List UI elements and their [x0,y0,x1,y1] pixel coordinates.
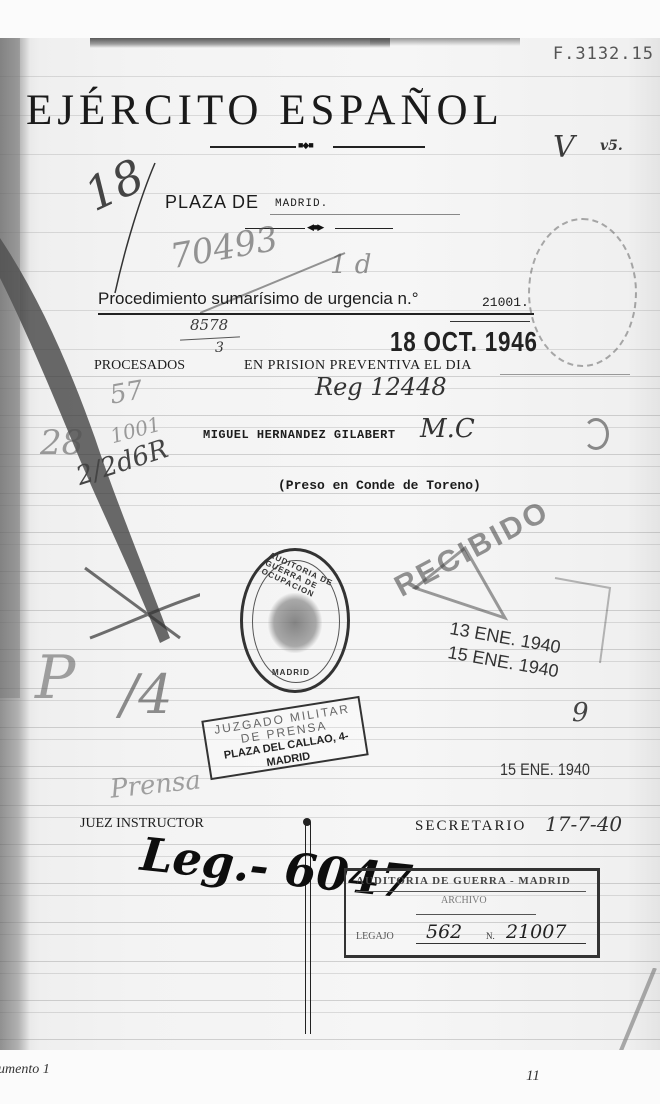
judge-label: JUEZ INSTRUCTOR [80,816,204,832]
archive-stamp: AUDITORIA DE GUERRA - MADRID ARCHIVO LEG… [344,868,600,958]
archive-sub: ARCHIVO [441,895,487,906]
plaza-label: PLAZA DE [165,192,259,213]
ornament-line [333,146,425,148]
margin-mark: v5. [600,138,623,154]
registry-note: Reg 12448 [315,373,447,401]
margin-letters: /4 [120,663,173,726]
archive-header: AUDITORIA DE GUERRA - MADRID [356,875,571,887]
fold-shadow [90,38,390,48]
stamp-rule [356,891,586,892]
detention-label: EN PRISION PREVENTIVA EL DIA [244,358,472,374]
plaza-value: MADRID. [275,198,328,210]
date-stamp: 18 OCT. 1946 [390,326,538,358]
accused-name: MIGUEL HERNANDEZ GILABERT [203,428,396,442]
eagle-emblem-icon [268,593,322,653]
fraction-top: 8578 [190,316,228,334]
fraction-bottom: 3 [215,340,224,356]
page-number: 11 [526,1068,540,1085]
ornament-line [335,228,393,229]
procedure-label: Procedimiento sumarísimo de urgencia n.° [98,289,419,309]
number-value: 21007 [506,921,566,943]
date-stamp: 15 ENE. 1940 [500,760,590,780]
underline [98,313,534,315]
detention-location: (Preso en Conde de Toreno) [278,478,481,493]
handwritten-number: 28 [40,423,83,463]
margin-letter: P [35,643,75,713]
underline [450,321,530,322]
stamp-rule [416,943,586,944]
ornament-line [210,146,296,148]
accused-label: PROCESADOS [94,358,185,374]
underline [500,374,630,375]
fraction2-top: 57 [108,375,146,410]
margin-mark: V [553,130,575,165]
procedure-number: 21001. [482,295,529,310]
secretary-label: SECRETARIO [415,818,526,835]
document-title: EJÉRCITO ESPAÑOL [26,86,504,135]
handwritten-stroke [110,158,160,298]
stamp-rule [416,914,536,915]
faint-mark [583,418,609,450]
number-label: N. [486,931,495,941]
torn-corner [615,968,660,1050]
fold-shadow [370,38,520,46]
initials-note: M.C [420,414,475,444]
legajo-value: 562 [426,921,462,943]
ornament-icon: ◀■▶ [307,222,323,233]
page-caption: umento 1 [0,1062,50,1078]
underline [270,214,460,215]
faint-seal [528,218,637,367]
legajo-label: LEGAJO [356,931,394,942]
secretary-note: 17-7-40 [545,812,622,836]
reference-number: F.3132.15 [553,44,654,64]
document-page: F.3132.15 EJÉRCITO ESPAÑOL ■◆■ V v5. 18 … [0,38,660,1050]
seal-bottom-text: MADRID [272,668,310,677]
torn-edge [0,38,30,1050]
ornament-icon: ■◆■ [298,140,313,151]
handwritten-mark: 9 [572,698,589,728]
